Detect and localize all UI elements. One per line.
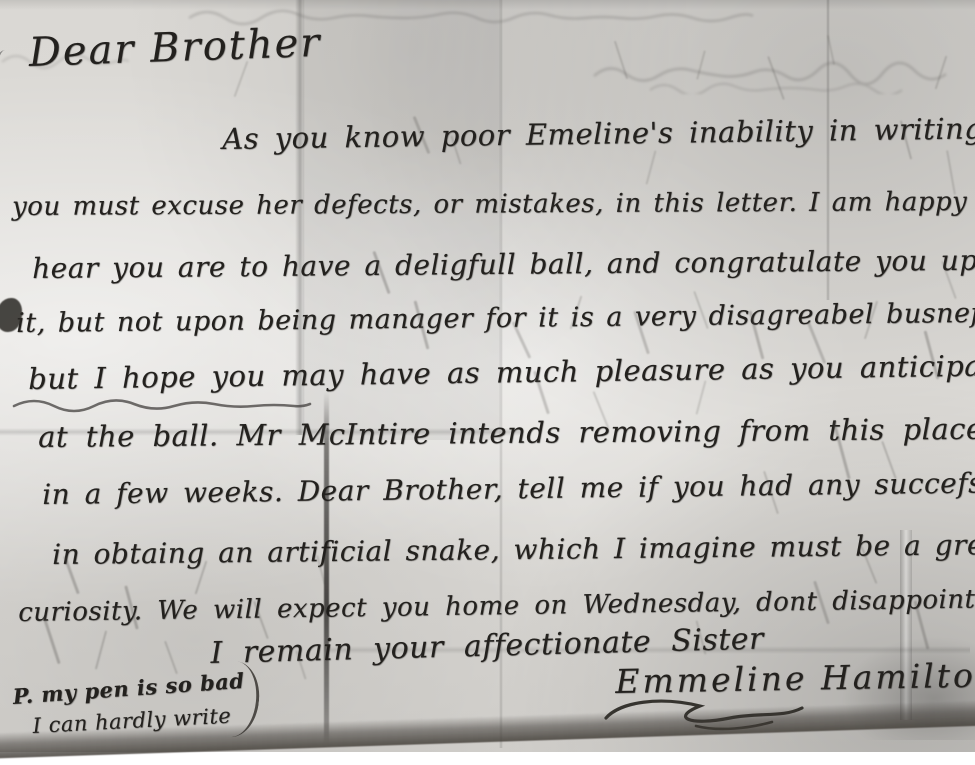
- bleed-through-stroke: [827, 35, 835, 65]
- letter-body-line: in obtaing an artificial snake, which I …: [52, 528, 975, 571]
- underline-squiggle: [12, 396, 312, 414]
- letter-body-line: curiosity. We will expect you home on We…: [18, 584, 975, 628]
- letter-salutation: Dear Brother: [28, 20, 322, 76]
- letter-body-line: you must excuse her defects, or mistakes…: [12, 187, 975, 222]
- bleed-through-stroke: [767, 56, 785, 100]
- letter-body-line: hear you are to have a deligfull ball, a…: [32, 243, 975, 285]
- bleed-through-stroke: [164, 641, 178, 675]
- letter-scan: Dear Brother As you know poor Emeline's …: [0, 0, 975, 765]
- letter-postscript-line: P. my pen is so bad: [12, 668, 245, 709]
- paper-top-shade: [0, 0, 975, 10]
- margin-mark: [0, 49, 14, 97]
- letter-body-line: As you know poor Emeline's inability in …: [222, 111, 975, 156]
- bleed-through-stroke: [646, 150, 657, 184]
- letter-signature: Emmeline Hamilton: [615, 655, 975, 701]
- letter-postscript-line: I can hardly write: [32, 704, 232, 738]
- bleed-through-stroke: [696, 50, 706, 79]
- bleed-through-stroke: [614, 41, 628, 80]
- letter-body-line: in a few weeks. Dear Brother, tell me if…: [42, 467, 975, 511]
- letter-body-line: it, but not upon being manager for it is…: [16, 298, 975, 339]
- letter-paper: Dear Brother As you know poor Emeline's …: [0, 0, 975, 752]
- bleed-through-stroke: [95, 630, 107, 669]
- bleed-through-stroke: [935, 56, 948, 90]
- letter-body-line: but I hope you may have as much pleasure…: [28, 348, 975, 396]
- bleed-through-marks: [590, 52, 975, 94]
